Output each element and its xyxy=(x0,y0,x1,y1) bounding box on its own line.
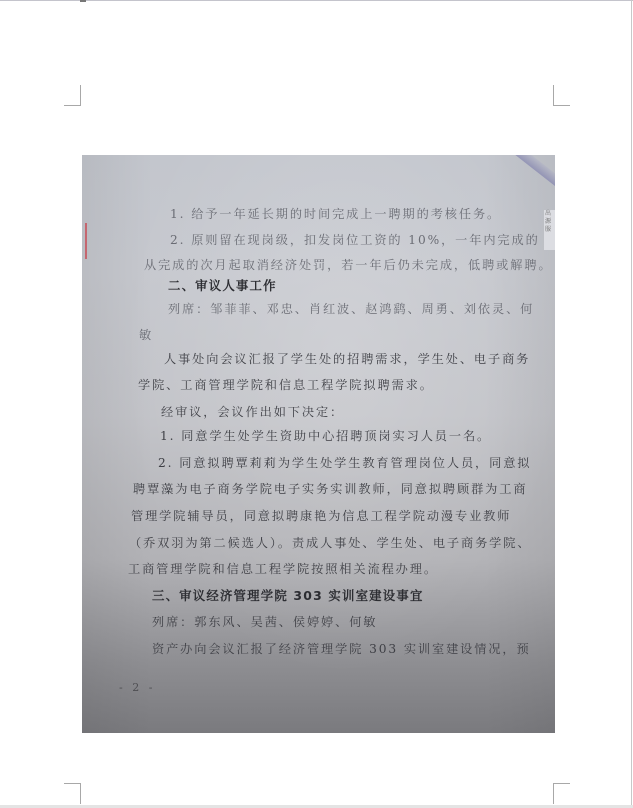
page-tab-marker xyxy=(80,0,86,2)
attendees-line: 列席：邹菲菲、邓忠、肖红波、赵鸿鹞、周勇、刘依灵、何 xyxy=(168,300,534,317)
crop-mark-top-right xyxy=(553,85,570,106)
attendees-line: 列席：郭东风、吴茜、侯婷婷、何敏 xyxy=(152,613,377,630)
paragraph-line: 聘覃藻为电子商务学院电子实务实训教师，同意拟聘顾群为工商 xyxy=(133,480,527,497)
paragraph-line: （乔双羽为第二候选人）。责成人事处、学生处、电子商务学院、 xyxy=(129,534,531,551)
page-number: - 2 - xyxy=(119,681,155,694)
paragraph-line: 学院、工商管理学院和信息工程学院拟聘需求。 xyxy=(138,376,434,393)
paragraph-line: 资产办向会议汇报了经济管理学院 303 实训室建设情况，预 xyxy=(152,640,531,657)
attendees-line-cont: 敏 xyxy=(139,326,153,343)
crop-mark-bottom-right xyxy=(553,783,570,804)
paragraph-line: 管理学院辅导员，同意拟聘康艳为信息工程学院动漫专业教师 xyxy=(131,507,511,524)
underlying-page-edge: 出 源 服 xyxy=(544,210,555,250)
document-photo: 出 源 服 1. 给予一年延长期的时间完成上一聘期的考核任务。 2. 原则留在现… xyxy=(82,155,555,733)
paragraph-line: 2. 原则留在现岗级，扣发岗位工资的 10%，一年内完成的 xyxy=(170,231,540,248)
red-stamp-fragment xyxy=(82,223,87,259)
crop-mark-bottom-left xyxy=(64,783,81,804)
page-border-right xyxy=(631,0,632,808)
page-border-top xyxy=(0,0,633,1)
section-heading-2: 二、审议人事工作 xyxy=(168,276,277,294)
section-heading-3: 三、审议经济管理学院 303 实训室建设事宜 xyxy=(152,586,424,604)
decision-item-1: 1. 同意学生处学生资助中心招聘顶岗实习人员一名。 xyxy=(160,427,491,444)
paragraph-line: 人事处向会议汇报了学生处的招聘需求，学生处、电子商务 xyxy=(164,350,530,367)
crop-mark-top-left xyxy=(64,85,81,106)
decision-item-2: 2. 同意拟聘覃莉莉为学生处学生教育管理岗位人员，同意拟 xyxy=(158,454,531,471)
paragraph-line: 从完成的次月起取消经济处罚，若一年后仍未完成，低聘或解聘。 xyxy=(144,256,553,273)
paragraph-line: 1. 给予一年延长期的时间完成上一聘期的考核任务。 xyxy=(170,205,501,222)
paragraph-line: 工商管理学院和信息工程学院按照相关流程办理。 xyxy=(128,560,438,577)
paragraph-line: 经审议，会议作出如下决定： xyxy=(161,403,344,420)
